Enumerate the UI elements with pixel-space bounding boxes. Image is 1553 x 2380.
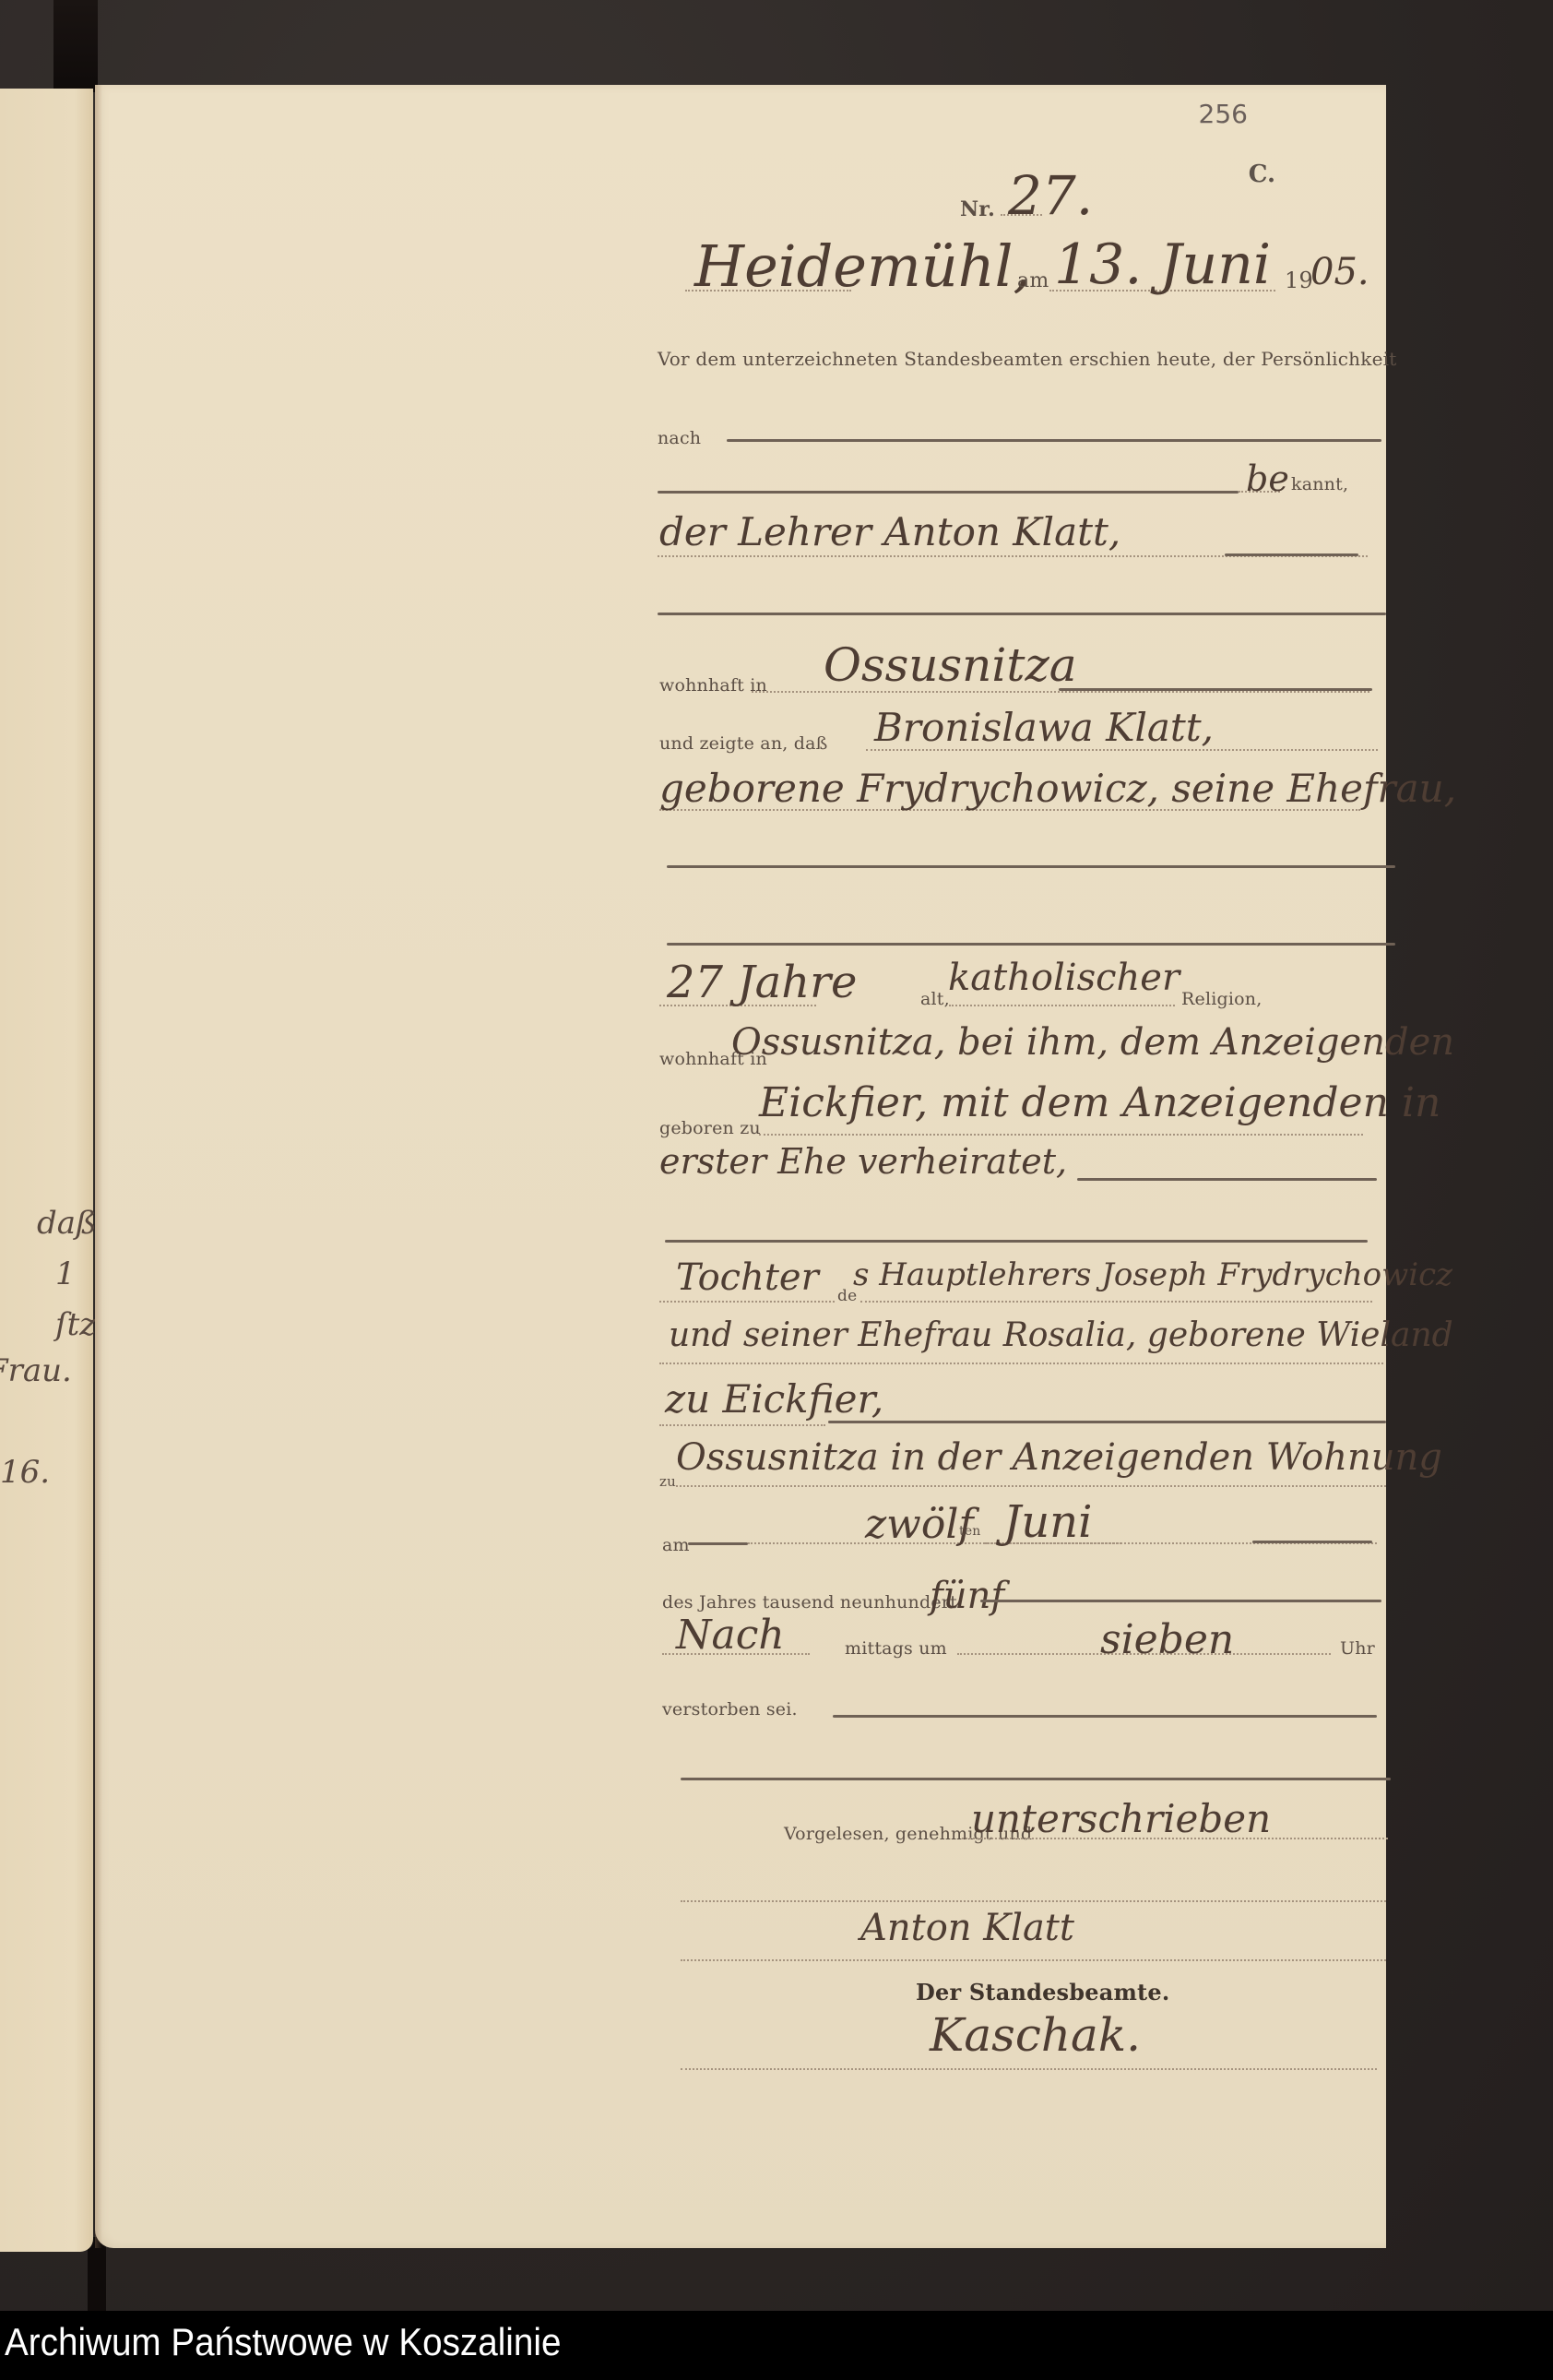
left-page-fragment: 1: [55, 1255, 76, 1292]
registrar-label: Der Standesbeamte.: [916, 1979, 1169, 2005]
death-year-value: fünf: [930, 1575, 1004, 1617]
ten-label: ten: [959, 1524, 981, 1539]
declarant-signature: Anton Klatt: [860, 1907, 1074, 1949]
record-number: 27.: [1008, 164, 1093, 227]
age-value: 27 Jahre: [667, 957, 857, 1008]
time-value: sieben: [1100, 1616, 1234, 1663]
death-place-value: Ossusnitza in der Anzeigenden Wohnung: [676, 1436, 1442, 1479]
year-suffix: 05.: [1310, 251, 1369, 293]
deceased-birthname: geborene Frydrychowicz, seine Ehefrau,: [659, 766, 1456, 811]
year-prefix: 19: [1285, 268, 1313, 293]
daughter-hand: Tochter: [676, 1256, 819, 1299]
left-page: daß 1 ſtz Frau. 16.: [0, 89, 93, 2252]
left-page-fragment: Frau.: [0, 1352, 72, 1389]
bleed-through-text: [237, 1265, 645, 1338]
book-spine-bottom: [88, 2237, 106, 2311]
left-page-fragment: daß: [37, 1205, 97, 1242]
place-name: Heidemühl,: [694, 232, 1031, 300]
deceased-residence-value: Ossusnitza, bei ihm, dem Anzeigenden: [731, 1021, 1454, 1064]
date-value: 13. Juni: [1054, 232, 1271, 297]
intro-text: Vor dem unterzeichneten Standesbeamten e…: [658, 348, 1396, 370]
archive-name: Archiwum Państwowe w Koszalinie: [5, 2320, 561, 2364]
nr-label: Nr.: [960, 197, 995, 221]
left-page-fragment: ſtz: [55, 1306, 96, 1343]
death-day-label: am: [662, 1535, 690, 1555]
marriage-note: erster Ehe verheiratet,: [659, 1141, 1067, 1182]
date-label: am: [1017, 269, 1049, 292]
announce-label: und zeigte an, daß: [659, 733, 828, 754]
death-day-value: zwölf: [865, 1501, 974, 1548]
religion-label: Religion,: [1181, 989, 1262, 1009]
father-name: s Hauptlehrers Joseph Frydrychowicz: [853, 1256, 1452, 1293]
nach-label: nach: [658, 428, 701, 448]
book-spine: [53, 0, 98, 92]
birthplace-label: geboren zu: [659, 1118, 761, 1138]
archive-footer: Archiwum Państwowe w Koszalinie: [0, 2311, 1553, 2380]
year-label: des Jahres tausend neunhundert: [662, 1592, 957, 1612]
time-prefix: Nach: [676, 1612, 785, 1659]
read-value: unterschrieben: [971, 1796, 1271, 1841]
declarant-name: der Lehrer Anton Klatt,: [659, 509, 1120, 554]
archive-page-number: 256: [1199, 99, 1248, 129]
death-record-page: 256 C. Nr. 27. Heidemühl, am 13. Juni 19…: [95, 85, 1386, 2248]
religion-value: katholischer: [948, 957, 1180, 999]
registrar-signature: Kaschak.: [930, 2008, 1141, 2062]
parents-residence: zu Eickfier,: [665, 1376, 883, 1422]
uhr-label: Uhr: [1340, 1638, 1375, 1659]
residence-value: Ossusnitza: [824, 638, 1077, 692]
birthplace-value: Eickfier, mit dem Anzeigenden in: [759, 1079, 1440, 1126]
time-label: mittags um: [845, 1638, 947, 1659]
left-page-fragment: 16.: [0, 1454, 50, 1491]
age-label: alt,: [920, 989, 950, 1009]
mother-name: und seiner Ehefrau Rosalia, geborene Wie…: [669, 1316, 1453, 1354]
death-month: Juni: [1003, 1496, 1092, 1548]
died-label: verstorben sei.: [662, 1699, 798, 1720]
deceased-name: Bronislawa Klatt,: [874, 705, 1214, 750]
bekannt-hand: be: [1246, 458, 1289, 499]
bekannt-label: kannt,: [1291, 474, 1348, 494]
form-code: C.: [1249, 161, 1275, 188]
death-place-label: zu: [659, 1473, 676, 1490]
